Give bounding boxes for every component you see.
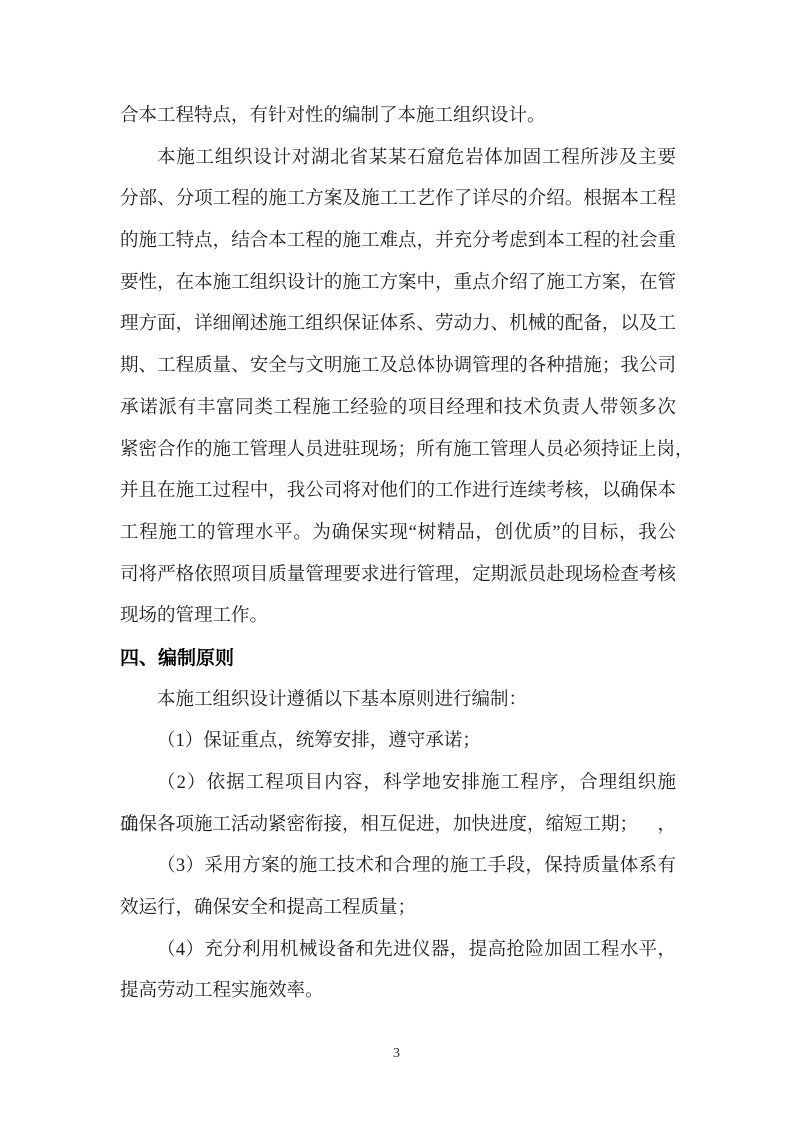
list-item-1: （1）保证重点，统筹安排，遵守承诺； [120,721,676,763]
paragraph-line: 本施工组织设计对湖北省某某石窟危岩体加固工程所涉及主要 [120,138,676,180]
paragraph-line: 司将严格依照项目质量管理要求进行管理，定期派员赴现场检查考核 [120,555,676,597]
paragraph-line: 本施工组织设计遵循以下基本原则进行编制： [120,680,676,722]
paragraph-line: 承诺派有丰富同类工程施工经验的项目经理和技术负责人带领多次 [120,388,676,430]
paragraph-line: 理方面，详细阐述施工组织保证体系、劳动力、机械的配备，以及工 [120,304,676,346]
paragraph-line: 工程施工的管理水平。为确保实现“树精品，创优质”的目标，我公 [120,513,676,555]
paragraph-line: 要性，在本施工组织设计的施工方案中，重点介绍了施工方案，在管 [120,263,676,305]
paragraph-line: 并且在施工过程中，我公司将对他们的工作进行连续考核，以确保本 [120,471,676,513]
section-heading: 四、编制原则 [120,638,676,680]
list-item-4: （4）充分利用机械设备和先进仪器，提高抢险加固工程水平， [120,930,676,972]
paragraph-line: 效运行，确保安全和提高工程质量； [120,888,676,930]
page-number: 3 [0,1044,793,1064]
paragraph-line: 提高劳动工程实施效率。 [120,971,676,1013]
paragraph-line: 现场的管理工作。 [120,596,676,638]
document-page: 合本工程特点，有针对性的编制了本施工组织设计。 本施工组织设计对湖北省某某石窟危… [0,0,793,1122]
paragraph-line: 的施工特点，结合本工程的施工难点，并充分考虑到本工程的社会重 [120,221,676,263]
paragraph-line: 期、工程质量、安全与文明施工及总体协调管理的各种措施；我公司 [120,346,676,388]
document-body: 合本工程特点，有针对性的编制了本施工组织设计。 本施工组织设计对湖北省某某石窟危… [120,96,676,1013]
list-item-2: （2）依据工程项目内容，科学地安排施工程序，合理组织施工， [120,763,676,805]
paragraph-line: 合本工程特点，有针对性的编制了本施工组织设计。 [120,96,676,138]
list-item-3: （3）采用方案的施工技术和合理的施工手段，保持质量体系有 [120,846,676,888]
paragraph-line: 紧密合作的施工管理人员进驻现场；所有施工管理人员必须持证上岗， [120,430,676,472]
paragraph-line: 确保各项施工活动紧密衔接，相互促进，加快进度，缩短工期； [120,805,676,847]
paragraph-line: 分部、分项工程的施工方案及施工工艺作了详尽的介绍。根据本工程 [120,179,676,221]
